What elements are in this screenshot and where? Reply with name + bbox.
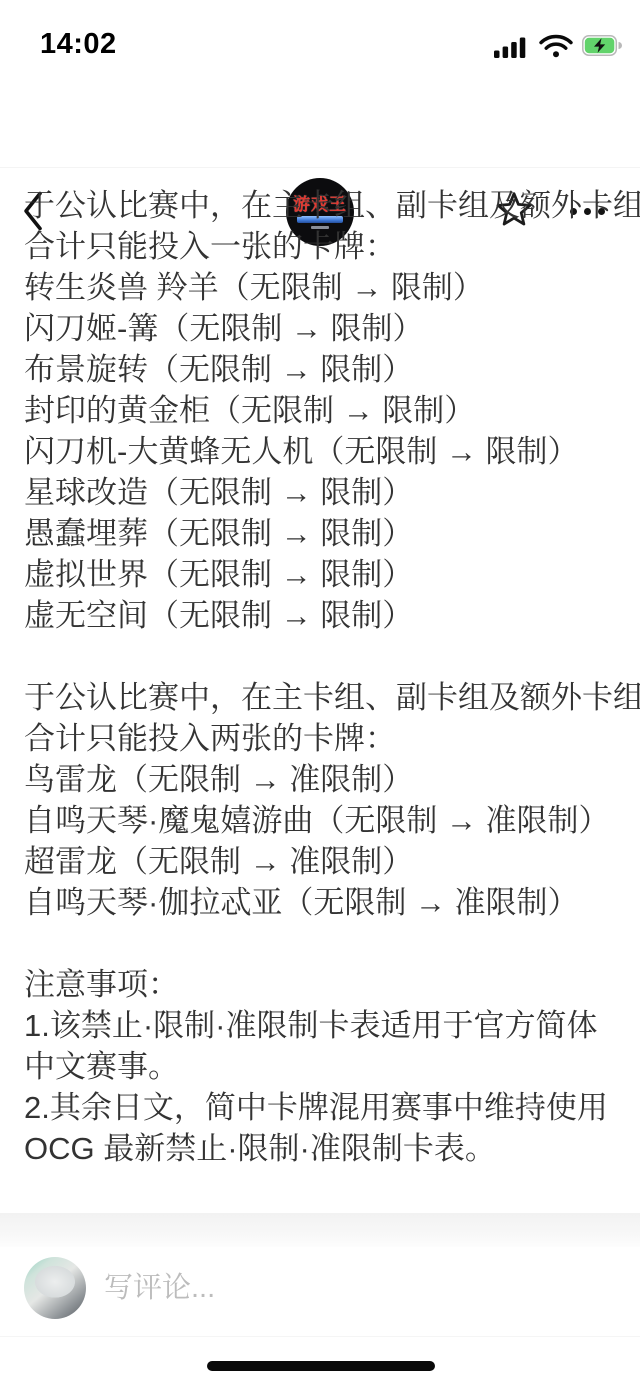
text-line: 星球改造（无限制 → 限制） bbox=[24, 472, 622, 513]
text-line: 自鸣天琴·魔鬼嬉游曲（无限制 → 准限制） bbox=[24, 800, 622, 841]
screen: 14:02 bbox=[0, 0, 640, 1385]
text-line: 鸟雷龙（无限制 → 准限制） bbox=[24, 759, 622, 800]
paragraph-two-card-limit: 于公认比赛中，在主卡组、副卡组及额外卡组合计只能投入两张的卡牌：鸟雷龙（无限制 … bbox=[24, 677, 622, 923]
text-line: 转生炎兽 羚羊（无限制 → 限制） bbox=[24, 267, 622, 308]
comment-input[interactable] bbox=[104, 1261, 604, 1315]
text-line: 自鸣天琴·伽拉忒亚（无限制 → 准限制） bbox=[24, 882, 622, 923]
article-body: 于公认比赛中，在主卡组、副卡组及额外卡组合计只能投入一张的卡牌：转生炎兽 羚羊（… bbox=[24, 185, 622, 1244]
text-line: 于公认比赛中，在主卡组、副卡组及额外卡组 bbox=[24, 677, 622, 718]
text-line: 超雷龙（无限制 → 准限制） bbox=[24, 841, 622, 882]
battery-charging-icon bbox=[582, 35, 622, 61]
text-line: 2.其余日文，简中卡牌混用赛事中维持使用 bbox=[24, 1087, 622, 1128]
signal-icon bbox=[494, 34, 530, 63]
status-bar: 14:02 bbox=[0, 0, 640, 88]
text-line: 愚蠢埋葬（无限制 → 限制） bbox=[24, 513, 622, 554]
text-line: OCG 最新禁止·限制·准限制卡表。 bbox=[24, 1128, 622, 1169]
text-line: 1.该禁止·限制·准限制卡表适用于官方简体 bbox=[24, 1005, 622, 1046]
text-line: 封印的黄金柜（无限制 → 限制） bbox=[24, 390, 622, 431]
wifi-icon bbox=[539, 33, 573, 63]
user-avatar[interactable] bbox=[24, 1257, 86, 1319]
text-line: 合计只能投入两张的卡牌： bbox=[24, 718, 622, 759]
status-icons bbox=[494, 33, 622, 63]
text-line: 合计只能投入一张的卡牌： bbox=[24, 226, 622, 267]
section-divider bbox=[0, 1213, 640, 1247]
text-line: 注意事项： bbox=[24, 964, 622, 1005]
paragraph-notes: 注意事项：1.该禁止·限制·准限制卡表适用于官方简体中文赛事。2.其余日文，简中… bbox=[24, 964, 622, 1169]
text-line: 于公认比赛中，在主卡组、副卡组及额外卡组 bbox=[24, 185, 622, 226]
text-line: 虚拟世界（无限制 → 限制） bbox=[24, 554, 622, 595]
text-line: 虚无空间（无限制 → 限制） bbox=[24, 595, 622, 636]
home-indicator[interactable] bbox=[207, 1361, 435, 1371]
status-time: 14:02 bbox=[40, 28, 117, 61]
text-line: 闪刀机-大黄蜂无人机（无限制 → 限制） bbox=[24, 431, 622, 472]
text-line: 布景旋转（无限制 → 限制） bbox=[24, 349, 622, 390]
home-zone bbox=[0, 1337, 640, 1385]
comment-bar bbox=[0, 1247, 640, 1337]
bottom-dock bbox=[0, 1213, 640, 1385]
text-line: 闪刀姬-篝（无限制 → 限制） bbox=[24, 308, 622, 349]
paragraph-one-card-limit: 于公认比赛中，在主卡组、副卡组及额外卡组合计只能投入一张的卡牌：转生炎兽 羚羊（… bbox=[24, 185, 622, 636]
nav-bar: 游戏王 bbox=[0, 88, 640, 168]
text-line: 中文赛事。 bbox=[24, 1046, 622, 1087]
